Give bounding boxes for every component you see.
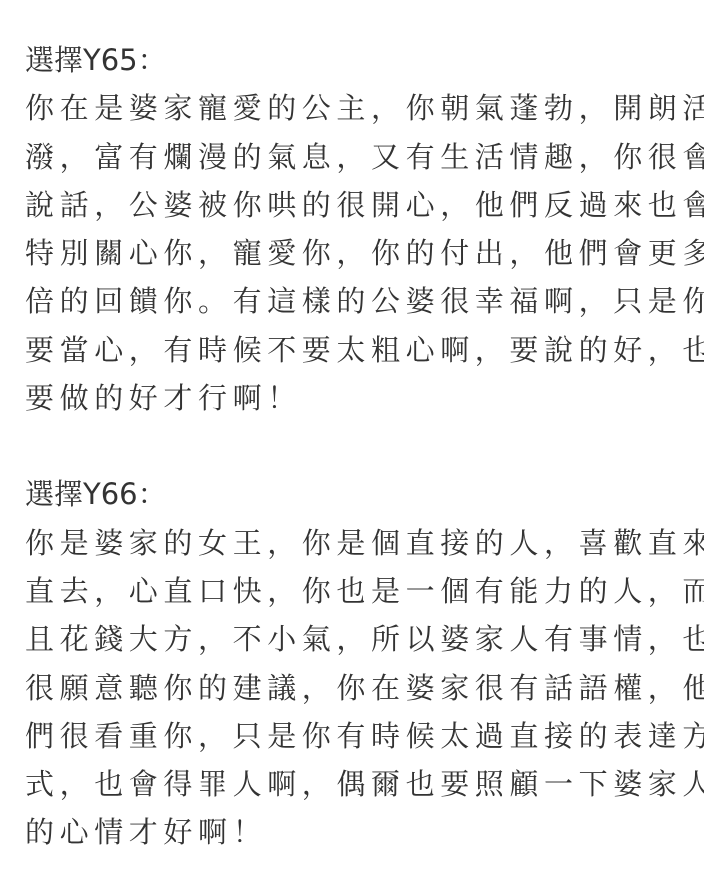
- paragraph-line: 要做的好才行啊！: [25, 374, 685, 422]
- section-y66: 選擇Y66： 你是婆家的女王，你是個直接的人，喜歡直來 直去，心直口快，你也是一…: [25, 470, 685, 856]
- paragraph-line: 們很看重你，只是你有時候太過直接的表達方: [25, 712, 685, 760]
- paragraph-line: 很願意聽你的建議，你在婆家很有話語權，他: [25, 664, 685, 712]
- paragraph-line: 直去，心直口快，你也是一個有能力的人，而: [25, 567, 685, 615]
- paragraph-line: 式，也會得罪人啊，偶爾也要照顧一下婆家人: [25, 760, 685, 808]
- paragraph-line: 特別關心你，寵愛你，你的付出，他們會更多: [25, 229, 685, 277]
- paragraph-line: 說話，公婆被你哄的很開心，他們反過來也會: [25, 181, 685, 229]
- paragraph-line: 你在是婆家寵愛的公主，你朝氣蓬勃，開朗活: [25, 84, 685, 132]
- paragraph-line: 你是婆家的女王，你是個直接的人，喜歡直來: [25, 519, 685, 567]
- section-heading: 選擇Y65：: [25, 36, 685, 84]
- paragraph-line: 潑，富有爛漫的氣息，又有生活情趣，你很會: [25, 133, 685, 181]
- paragraph-line: 倍的回饋你。有這樣的公婆很幸福啊，只是你: [25, 277, 685, 325]
- section-y65: 選擇Y65： 你在是婆家寵愛的公主，你朝氣蓬勃，開朗活 潑，富有爛漫的氣息，又有…: [25, 36, 685, 422]
- paragraph-line: 的心情才好啊！: [25, 808, 685, 856]
- paragraph-line: 且花錢大方，不小氣，所以婆家人有事情，也: [25, 615, 685, 663]
- paragraph-line: 要當心，有時候不要太粗心啊，要說的好，也: [25, 326, 685, 374]
- document-body: 選擇Y65： 你在是婆家寵愛的公主，你朝氣蓬勃，開朗活 潑，富有爛漫的氣息，又有…: [25, 36, 685, 857]
- section-heading: 選擇Y66：: [25, 470, 685, 518]
